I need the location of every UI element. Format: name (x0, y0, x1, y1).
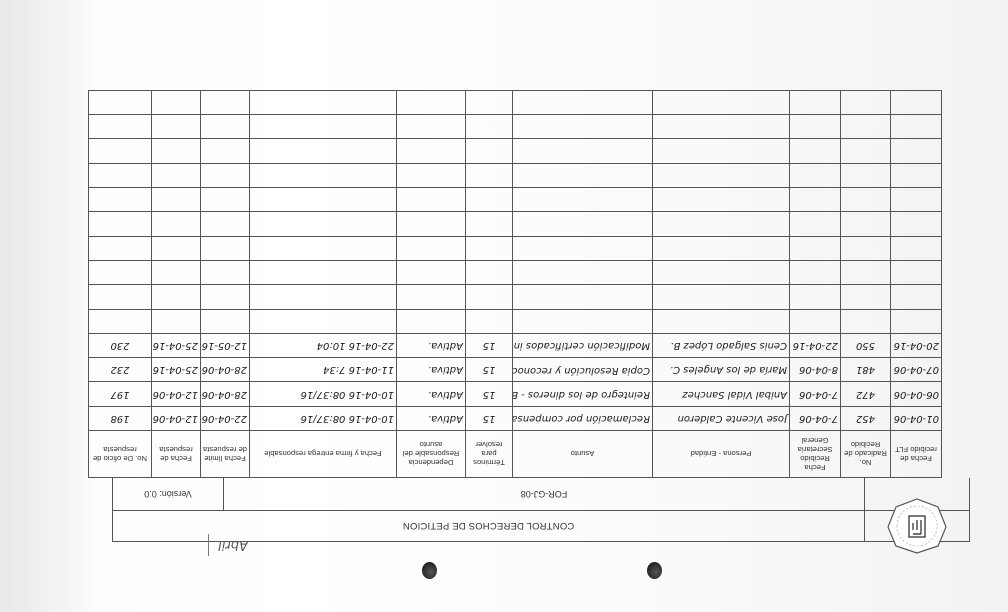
empty-cell (89, 285, 152, 309)
empty-cell (653, 285, 790, 309)
empty-cell (891, 90, 942, 114)
empty-cell (466, 260, 513, 284)
form-code: FOR-GJ-08 (223, 478, 864, 510)
empty-table-row (89, 285, 942, 309)
cell-respuesta: 12-04-06 (152, 382, 201, 406)
cell-radicado: 452 (841, 406, 891, 430)
empty-cell (250, 285, 397, 309)
empty-cell (250, 90, 397, 114)
cell-dependencia: Adtiva. (397, 333, 466, 357)
empty-cell (466, 90, 513, 114)
cell-fecha-recibido: 07-04-06 (891, 358, 942, 382)
empty-cell (891, 188, 942, 212)
empty-cell (250, 188, 397, 212)
empty-cell (653, 212, 790, 236)
table-row: 06-04-064727-04-06Anibal Vidal SanchezRe… (89, 382, 942, 406)
empty-cell (841, 188, 891, 212)
empty-cell (891, 139, 942, 163)
empty-cell (653, 188, 790, 212)
header-terminos: Términos para resolver (466, 431, 513, 478)
empty-cell (841, 236, 891, 260)
empty-cell (891, 260, 942, 284)
empty-table-row (89, 163, 942, 187)
petitions-table: Fecha de recibido FLT No. Radicado de Re… (88, 90, 942, 478)
empty-cell (790, 260, 841, 284)
empty-cell (250, 115, 397, 139)
empty-table-row (89, 139, 942, 163)
cell-fecha-secretaria: 7-04-06 (790, 382, 841, 406)
empty-cell (513, 212, 653, 236)
cell-asunto: Reintegro de los dineros - Bonificación … (513, 382, 653, 406)
empty-cell (790, 188, 841, 212)
empty-table-row (89, 90, 942, 114)
empty-cell (250, 260, 397, 284)
empty-cell (841, 260, 891, 284)
empty-cell (466, 309, 513, 333)
empty-cell (201, 163, 250, 187)
empty-cell (891, 163, 942, 187)
empty-cell (790, 309, 841, 333)
empty-cell (513, 309, 653, 333)
cell-fecha-recibido: 20-04-16 (891, 333, 942, 357)
empty-cell (152, 212, 201, 236)
cell-limite: 22-04-06 (201, 406, 250, 430)
empty-cell (891, 212, 942, 236)
empty-table-row (89, 115, 942, 139)
cell-dependencia: Adtiva. (397, 358, 466, 382)
cell-oficio: 197 (89, 382, 152, 406)
empty-cell (397, 212, 466, 236)
header-radicado: No. Radicado de Recibido (841, 431, 891, 478)
punch-hole (647, 562, 662, 579)
empty-cell (152, 236, 201, 260)
empty-cell (397, 285, 466, 309)
header-entrega: Fecha y firma entrega responsable (250, 431, 397, 478)
empty-cell (152, 115, 201, 139)
empty-cell (152, 188, 201, 212)
empty-cell (653, 236, 790, 260)
empty-cell (653, 90, 790, 114)
empty-cell (513, 188, 653, 212)
empty-cell (891, 115, 942, 139)
empty-table-row (89, 236, 942, 260)
empty-cell (201, 285, 250, 309)
header-fecha-secretaria: Fecha Recibido Secretaría General (790, 431, 841, 478)
empty-cell (201, 188, 250, 212)
empty-cell (89, 90, 152, 114)
empty-cell (89, 188, 152, 212)
empty-table-row (89, 212, 942, 236)
empty-cell (513, 236, 653, 260)
cell-asunto: Reclamación por compensación de pensión (513, 406, 653, 430)
empty-cell (397, 115, 466, 139)
empty-cell (790, 139, 841, 163)
cell-persona: María de los Angeles C. (653, 358, 790, 382)
empty-cell (152, 285, 201, 309)
cell-respuesta: 25-04-16 (152, 358, 201, 382)
table-body: 01-04-064527-04-06Jose Vicente CalderonR… (89, 90, 942, 430)
empty-cell (89, 212, 152, 236)
empty-cell (89, 115, 152, 139)
empty-cell (250, 212, 397, 236)
cell-limite: 12-05-16 (201, 333, 250, 357)
empty-cell (790, 115, 841, 139)
table-header-row: Fecha de recibido FLT No. Radicado de Re… (89, 431, 942, 478)
header-dependencia: Dependencia Responsable del asunto (397, 431, 466, 478)
empty-cell (152, 90, 201, 114)
petition-control-form: CONTROL DERECHOS DE PETICION FOR-GJ-08 V… (112, 90, 970, 542)
empty-cell (513, 285, 653, 309)
empty-cell (466, 115, 513, 139)
empty-cell (841, 115, 891, 139)
empty-cell (790, 90, 841, 114)
empty-cell (466, 139, 513, 163)
cell-asunto: Modificación certificados información la… (513, 333, 653, 357)
empty-cell (397, 163, 466, 187)
cell-dependencia: Adtiva. (397, 382, 466, 406)
table-row: 20-04-1655022-04-16Cenis Salgado López B… (89, 333, 942, 357)
header-oficio: No. De oficio de respuesta (89, 431, 152, 478)
cell-fecha-secretaria: 8-04-06 (790, 358, 841, 382)
logo-cell (864, 511, 969, 541)
empty-cell (653, 260, 790, 284)
empty-cell (201, 139, 250, 163)
empty-cell (152, 309, 201, 333)
empty-cell (653, 115, 790, 139)
empty-table-row (89, 188, 942, 212)
cell-oficio: 230 (89, 333, 152, 357)
header-asunto: Asunto (513, 431, 653, 478)
empty-cell (841, 285, 891, 309)
table-row: 01-04-064527-04-06Jose Vicente CalderonR… (89, 406, 942, 430)
empty-cell (89, 139, 152, 163)
cell-oficio: 198 (89, 406, 152, 430)
cell-entrega: 22-04-16 10:04 (250, 333, 397, 357)
empty-cell (201, 212, 250, 236)
handwritten-note: Abril (218, 537, 248, 552)
cell-radicado: 550 (841, 333, 891, 357)
cell-fecha-secretaria: 7-04-06 (790, 406, 841, 430)
empty-cell (250, 236, 397, 260)
cell-entrega: 10-04-16 08:37/16 (250, 382, 397, 406)
empty-cell (841, 90, 891, 114)
cell-terminos: 15 (466, 382, 513, 406)
empty-cell (89, 236, 152, 260)
punch-hole (422, 562, 437, 579)
empty-cell (466, 212, 513, 236)
empty-cell (152, 139, 201, 163)
empty-cell (653, 309, 790, 333)
header-fecha-recibido: Fecha de recibido FLT (891, 431, 942, 478)
form-version: Versión: 0.0 (113, 478, 223, 510)
empty-cell (89, 163, 152, 187)
empty-cell (397, 90, 466, 114)
empty-cell (513, 139, 653, 163)
cell-respuesta: 25-04-16 (152, 333, 201, 357)
empty-cell (152, 260, 201, 284)
empty-cell (841, 163, 891, 187)
empty-cell (841, 309, 891, 333)
empty-cell (397, 188, 466, 212)
cell-terminos: 15 (466, 358, 513, 382)
rotated-scanned-page: CONTROL DERECHOS DE PETICION FOR-GJ-08 V… (0, 0, 1008, 612)
cell-fecha-recibido: 06-04-06 (891, 382, 942, 406)
empty-cell (397, 260, 466, 284)
cell-entrega: 10-04-16 08:37/16 (250, 406, 397, 430)
cell-persona: Jose Vicente Calderon (653, 406, 790, 430)
empty-cell (653, 163, 790, 187)
form-code-row: FOR-GJ-08 Versión: 0.0 (112, 478, 970, 511)
empty-table-row (89, 309, 942, 333)
empty-cell (466, 163, 513, 187)
empty-cell (89, 309, 152, 333)
empty-cell (201, 236, 250, 260)
empty-cell (152, 163, 201, 187)
cell-dependencia: Adtiva. (397, 406, 466, 430)
cell-terminos: 15 (466, 406, 513, 430)
empty-cell (891, 236, 942, 260)
cell-fecha-secretaria: 22-04-16 (790, 333, 841, 357)
cell-asunto: Copia Resolución y reconocimiento del 5%… (513, 358, 653, 382)
empty-cell (201, 115, 250, 139)
cell-entrega: 11-04-16 7:34 (250, 358, 397, 382)
handwritten-mark (208, 534, 209, 556)
empty-cell (466, 236, 513, 260)
empty-cell (466, 285, 513, 309)
header-persona: Persona - Entidad (653, 431, 790, 478)
empty-cell (513, 115, 653, 139)
scan-edge-shadow (0, 0, 95, 612)
empty-cell (841, 212, 891, 236)
cell-fecha-recibido: 01-04-06 (891, 406, 942, 430)
empty-cell (513, 163, 653, 187)
header-limite: Fecha límite de respuesta (201, 431, 250, 478)
empty-cell (653, 139, 790, 163)
header-respuesta: Fecha de respuesta (152, 431, 201, 478)
empty-cell (790, 236, 841, 260)
empty-cell (201, 260, 250, 284)
cell-respuesta: 12-04-06 (152, 406, 201, 430)
empty-cell (250, 163, 397, 187)
empty-cell (250, 139, 397, 163)
empty-cell (891, 309, 942, 333)
cell-persona: Anibal Vidal Sanchez (653, 382, 790, 406)
empty-cell (201, 90, 250, 114)
cell-radicado: 481 (841, 358, 891, 382)
empty-cell (790, 212, 841, 236)
empty-cell (466, 188, 513, 212)
cell-terminos: 15 (466, 333, 513, 357)
empty-cell (89, 260, 152, 284)
empty-cell (250, 309, 397, 333)
table-row: 07-04-064818-04-06María de los Angeles C… (89, 358, 942, 382)
empty-cell (201, 309, 250, 333)
cell-oficio: 232 (89, 358, 152, 382)
cell-radicado: 472 (841, 382, 891, 406)
empty-cell (397, 139, 466, 163)
cell-limite: 28-04-06 (201, 358, 250, 382)
empty-cell (790, 163, 841, 187)
cell-persona: Cenis Salgado López B. (653, 333, 790, 357)
cell-limite: 28-04-06 (201, 382, 250, 406)
empty-cell (790, 285, 841, 309)
empty-cell (513, 260, 653, 284)
empty-cell (841, 139, 891, 163)
empty-cell (891, 285, 942, 309)
logo-cell-continuation (864, 478, 969, 510)
empty-cell (397, 309, 466, 333)
empty-cell (397, 236, 466, 260)
empty-cell (513, 90, 653, 114)
empty-table-row (89, 260, 942, 284)
